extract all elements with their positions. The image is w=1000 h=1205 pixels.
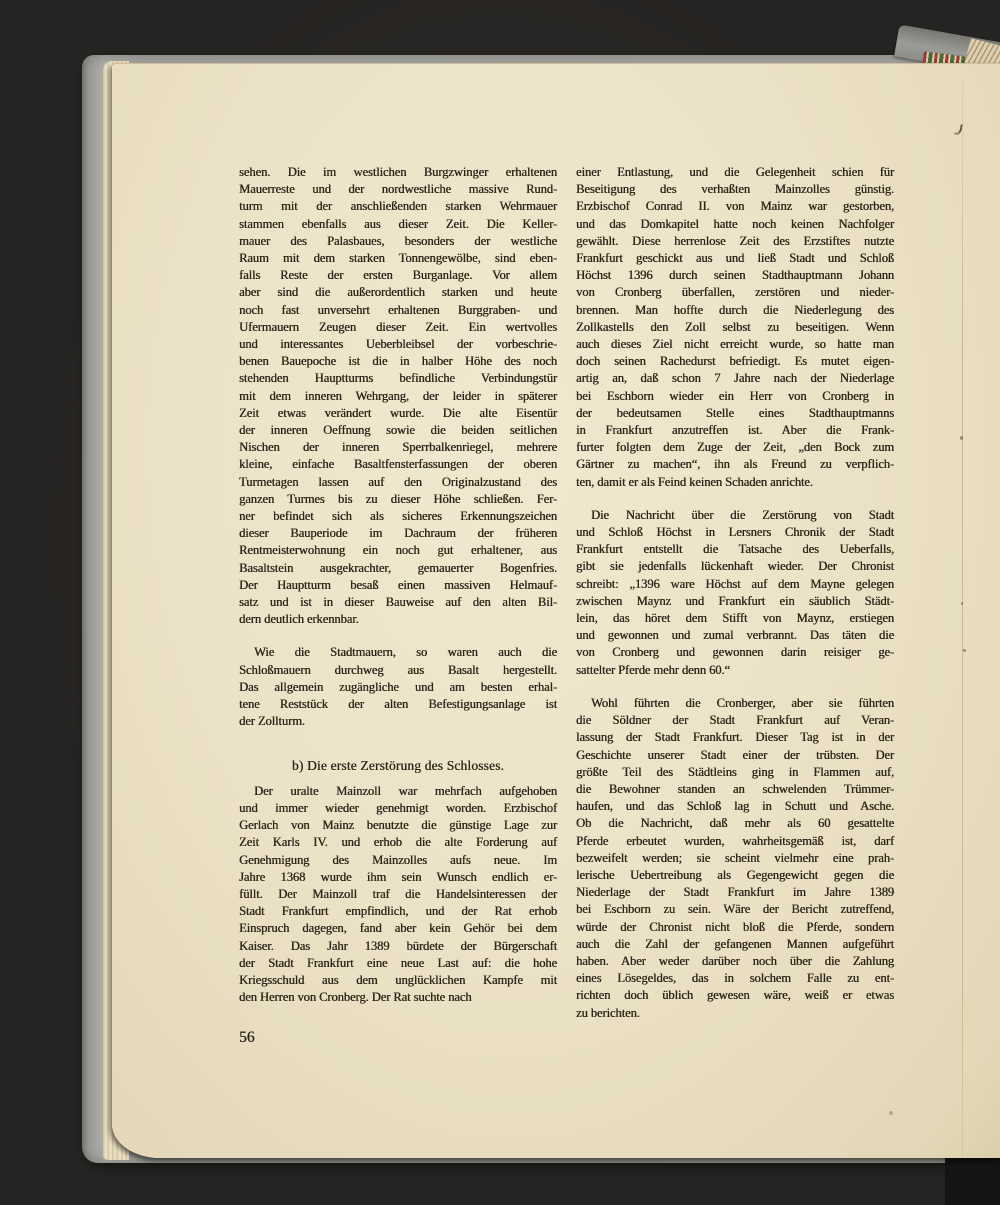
text-line: Turmetagen lassen auf den Originalzustan… xyxy=(239,474,557,491)
text-line: Raum mit dem starken Tonnengewölbe, sind… xyxy=(239,250,557,267)
text-line: Das allgemein zugängliche und am besten … xyxy=(239,679,557,696)
text-line: Schloßmauern durchweg aus Basalt hergest… xyxy=(239,662,557,679)
text-line: doch seinen Rachedurst befriedigt. Es mu… xyxy=(576,353,894,370)
text-line: gewählt. Diese herrenlose Zeit des Erzst… xyxy=(576,233,894,250)
page-number: 56 xyxy=(239,1029,255,1047)
text-line: schreibt: „1396 ware Höchst auf dem Mayn… xyxy=(576,576,894,593)
text-line: dern deutlich erkennbar. xyxy=(239,611,557,628)
text-line: gibt sie jedenfalls lückenhaft wieder. D… xyxy=(576,558,894,575)
text-line: Genehmigung des Mainzolles aufs neue. Im xyxy=(239,852,557,869)
text-line: der Zollturm. xyxy=(239,713,557,730)
text-line: bei Eschborn wieder ein Herr von Cronber… xyxy=(576,388,894,405)
text-line: lerische Uebertreibung als Gegengewicht … xyxy=(576,867,894,884)
text-line: falls Reste der ersten Burganlage. Vor a… xyxy=(239,267,557,284)
text-line: der Stadt Frankfurt eine neue Last auf: … xyxy=(239,955,557,972)
text-line: Mauerreste und der nordwestliche massive… xyxy=(239,181,557,198)
text-line: Wie die Stadtmauern, so waren auch die xyxy=(239,644,557,661)
text-line: dieser Bauperiode im Dachraum der früher… xyxy=(239,525,557,542)
text-line: bezweifelt werden; sie scheint vielmehr … xyxy=(576,850,894,867)
text-line: Höchst 1396 durch seinen Stadthauptmann … xyxy=(576,267,894,284)
text-line: tene Reststück der alten Befestigungsanl… xyxy=(239,696,557,713)
text-line: Wohl führten die Cronberger, aber sie fü… xyxy=(576,695,894,712)
text-line: bei Eschborn zu sein. Wäre der Bericht z… xyxy=(576,901,894,918)
text-line: stehenden Hauptturms befindliche Verbind… xyxy=(239,370,557,387)
paper-speck xyxy=(889,1111,893,1115)
text-line: Basaltstein ausgekrachter, gemauerter Bo… xyxy=(239,560,557,577)
text-line: würde der Chronist nicht bloß die Pferde… xyxy=(576,919,894,936)
text-line: Stadt Frankfurt empfindlich, und der Rat… xyxy=(239,903,557,920)
background-shadow xyxy=(945,1158,1000,1205)
text-line: lassung der Stadt Frankfurt. Dieser Tag … xyxy=(576,729,894,746)
paper-speck xyxy=(960,436,963,440)
text-line: Ufermauern Zeugen dieser Zeit. Ein wertv… xyxy=(239,319,557,336)
text-line: Geschichte unserer Stadt einer der trübs… xyxy=(576,747,894,764)
text-line: Zeit etwas verändert wurde. Die alte Eis… xyxy=(239,405,557,422)
text-line: Der Hauptturm besaß einen massiven Helma… xyxy=(239,577,557,594)
text-line: Gerlach von Mainz benutzte die günstige … xyxy=(239,817,557,834)
text-line: einer Entlastung, und die Gelegenheit sc… xyxy=(576,164,894,181)
text-line: Einspruch dagegen, fand aber kein Gehör … xyxy=(239,920,557,937)
text-line: Niederlage der Stadt Frankfurt im Jahre … xyxy=(576,884,894,901)
text-line: brennen. Man hoffte durch die Niederlegu… xyxy=(576,302,894,319)
text-line: ner befindet sich als sicheres Erkennung… xyxy=(239,508,557,525)
text-line: Ob die Nachricht, daß mehr als 60 gesatt… xyxy=(576,815,894,832)
text-line: aber sind die außerordentlich starken un… xyxy=(239,284,557,301)
text-line: Jahre 1368 wurde ihm sein Wunsch endlich… xyxy=(239,869,557,886)
paragraph: Wohl führten die Cronberger, aber sie fü… xyxy=(576,695,894,1022)
text-line: die Bewohner standen an schwelenden Trüm… xyxy=(576,781,894,798)
text-line: sattelter Pferde mehr denn 60.“ xyxy=(576,662,894,679)
text-line: Gärtner zu machen“, ihn als Freund zu ve… xyxy=(576,456,894,473)
text-line: eines Lösegeldes, das in solchem Falle z… xyxy=(576,970,894,987)
text-line: Beseitigung des verhaßten Mainzolles gün… xyxy=(576,181,894,198)
text-line: und Schloß Höchst in Lersners Chronik de… xyxy=(576,524,894,541)
text-line: mauer des Palasbaues, besonders der west… xyxy=(239,233,557,250)
text-line: Zeit Karls IV. und erhob die alte Forder… xyxy=(239,834,557,851)
text-line: von Cronberg überfallen, zerstören und n… xyxy=(576,284,894,301)
text-line: Frankfurt geschickt aus und ließ Stadt u… xyxy=(576,250,894,267)
text-line: ten, damit er als Feind keinen Schaden a… xyxy=(576,474,894,491)
text-line: größte Teil des Städtleins ging in Flamm… xyxy=(576,764,894,781)
page-crease xyxy=(962,80,963,1156)
text-line: Rentmeisterwohnung ein noch gut erhalten… xyxy=(239,542,557,559)
text-line: richten doch üblich gewesen wäre, weiß e… xyxy=(576,987,894,1004)
text-line: auch die Zahl der gefangenen Mannen aufg… xyxy=(576,936,894,953)
text-line: zu berichten. xyxy=(576,1005,894,1022)
paper-speck xyxy=(961,602,963,605)
paragraph: Die Nachricht über die Zerstörung von St… xyxy=(576,507,894,679)
paper-speck xyxy=(963,649,966,652)
text-line: Erzbischof Conrad II. von Mainz war gest… xyxy=(576,198,894,215)
text-line: der bedeutsamen Stelle eines Stadthauptm… xyxy=(576,405,894,422)
text-line: Nischen der inneren Sperrbalkenriegel, m… xyxy=(239,439,557,456)
text-line: füllt. Der Mainzoll traf die Handelsinte… xyxy=(239,886,557,903)
text-line: Kaiser. Das Jahr 1389 bürdete der Bürger… xyxy=(239,938,557,955)
text-line: und das Domkapitel hatte noch keinen Nac… xyxy=(576,216,894,233)
text-line: auch dieses Ziel nicht erreicht wurde, s… xyxy=(576,336,894,353)
right-text-column: einer Entlastung, und die Gelegenheit sc… xyxy=(576,164,894,1022)
text-line: den Herren von Cronberg. Der Rat suchte … xyxy=(239,989,557,1006)
text-line: Die Nachricht über die Zerstörung von St… xyxy=(576,507,894,524)
text-line: haufen, und das Schloß lag in Schutt und… xyxy=(576,798,894,815)
paragraph: Wie die Stadtmauern, so waren auch dieSc… xyxy=(239,644,557,730)
text-line: sehen. Die im westlichen Burgzwinger erh… xyxy=(239,164,557,181)
text-line: noch fast unversehrt erhaltenen Burggrab… xyxy=(239,302,557,319)
text-line: lein, das höret dem Stifft von Maynz, er… xyxy=(576,610,894,627)
left-text-column: sehen. Die im westlichen Burgzwinger erh… xyxy=(239,164,557,1006)
text-line: die Söldner der Stadt Frankfurt auf Vera… xyxy=(576,712,894,729)
paragraph: Der uralte Mainzoll war mehrfach aufgeho… xyxy=(239,783,557,1007)
book-page: sehen. Die im westlichen Burgzwinger erh… xyxy=(112,63,1000,1158)
text-line: der inneren Oeffnung sowie die beiden se… xyxy=(239,422,557,439)
text-line: von Cronberg und gewonnen darin reisiger… xyxy=(576,644,894,661)
text-line: haben. Aber weder darüber noch über die … xyxy=(576,953,894,970)
text-line: Kriegsschuld aus dem unglücklichen Kampf… xyxy=(239,972,557,989)
text-line: Zollkastells den Zoll selbst zu beseitig… xyxy=(576,319,894,336)
text-line: stammen ebenfalls aus dieser Zeit. Die K… xyxy=(239,216,557,233)
text-line: Pferde erbeutet wurden, wahrheitsgemäß i… xyxy=(576,833,894,850)
text-line: benen Bauepoche ist die in halber Höhe d… xyxy=(239,353,557,370)
section-heading: b) Die erste Zerstörung des Schlosses. xyxy=(239,757,557,774)
text-line: Frankfurt entstellt die Tatsache des Ueb… xyxy=(576,541,894,558)
text-line: ganzen Turmes bis zu dieser Höhe schließ… xyxy=(239,491,557,508)
paragraph: einer Entlastung, und die Gelegenheit sc… xyxy=(576,164,894,491)
text-line: Der uralte Mainzoll war mehrfach aufgeho… xyxy=(239,783,557,800)
text-line: zwischen Maynz und Frankfurt ein säublic… xyxy=(576,593,894,610)
text-line: artig an, daß schon 7 Jahre nach der Nie… xyxy=(576,370,894,387)
text-line: und interessantes Ueberbleibsel der vorb… xyxy=(239,336,557,353)
paragraph: sehen. Die im westlichen Burgzwinger erh… xyxy=(239,164,557,628)
text-line: kleine, einfache Basaltfensterfassungen … xyxy=(239,456,557,473)
text-line: mit dem inneren Wehrgang, der leider in … xyxy=(239,388,557,405)
text-line: furter folgten dem Zuge der Zeit, „den B… xyxy=(576,439,894,456)
text-line: und immer wieder genehmigt worden. Erzbi… xyxy=(239,800,557,817)
text-line: und gewonnen und zumal verbrannt. Das tä… xyxy=(576,627,894,644)
text-line: turm mit der anschließenden starken Wehr… xyxy=(239,198,557,215)
text-line: in Frankfurt anzutreffen ist. Aber die F… xyxy=(576,422,894,439)
text-line: satz und ist in dieser Bauweise auf den … xyxy=(239,594,557,611)
